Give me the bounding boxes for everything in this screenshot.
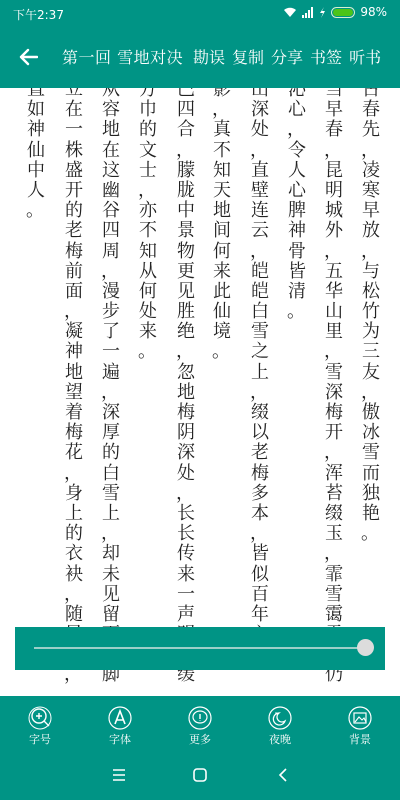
more-label: 更多 [189,731,211,747]
font-face-button[interactable]: 字体 [80,696,160,750]
night-mode-label: 夜晚 [269,731,291,747]
font-size-button[interactable]: 字号 [0,696,80,750]
night-mode-icon [268,706,292,730]
status-time: 下午2:37 [13,6,64,23]
text-column: 立在一株盛开的老梅前面，凝神地望着梅花，身上的衣袂，随风动， [61,88,87,686]
listen-button[interactable]: 听书 [349,45,381,68]
background-button[interactable]: 背景 [320,696,400,750]
progress-slider-thumb[interactable] [357,639,374,656]
background-image-icon [348,706,372,730]
status-icons: 98% [283,5,387,19]
bookmark-button[interactable]: 书签 [310,45,342,68]
more-info-icon [188,706,212,730]
text-column: 巴四合，朦胧中景物更见胜绝，忽地梅阴深处，长长传来一声明，缓 [173,88,199,686]
font-size-label: 字号 [29,731,51,747]
report-error-button[interactable]: 勘误 [193,45,225,68]
text-column: 从容地在这幽谷四周，漫步了一遍，深厚的白雪上，却未见留下何脚 [98,88,124,686]
progress-slider-panel [15,627,385,670]
back-icon[interactable] [276,767,292,783]
signal-icon [302,7,314,18]
wifi-icon [283,6,297,18]
battery-icon [331,7,355,18]
text-column: 沁心，令人心脾神骨皆清。 [284,88,310,322]
system-nav-bar [0,750,400,800]
chapter-title: 第一回 雪地对决 [62,45,183,68]
text-column: 当早春，昆明城外，五华山里，雪深梅开，浑苔缀玉，霏雪霭雪虫仍 [321,88,347,686]
text-column: 古春先，凌寒早放，与松竹为三友，傲冰雪而独艳。 [358,88,384,544]
top-actions: 勘误 复制 分享 书签 听书 [193,45,381,68]
font-face-label: 字体 [109,731,131,747]
arrow-left-icon [18,48,38,66]
font-size-zoom-icon [28,706,52,730]
progress-slider-track[interactable] [34,647,364,649]
bottom-toolbar: 字号 字体 更多 夜晚 背景 [0,696,400,750]
menu-icon[interactable] [111,767,127,783]
background-label: 背景 [349,731,371,747]
font-face-icon [108,706,132,730]
share-button[interactable]: 分享 [271,45,303,68]
reading-area[interactable]: 古春先，凌寒早放，与松竹为三友，傲冰雪而独艳。当早春，昆明城外，五华山里，雪深梅… [0,88,400,696]
more-button[interactable]: 更多 [160,696,240,750]
text-column: 方巾的文士，亦不知从何处来。 [135,88,161,363]
text-column: 直如神仙中人。 [23,88,49,221]
text-column: 影，真不知天地间何来此仙境。 [209,88,235,363]
back-button[interactable] [14,43,42,71]
text-column: 山深处，直壁连云，皑皑白雪之上，缀以老梅多本，皆似百年之虬 [247,88,273,665]
status-bar: 下午2:37 98% [0,0,400,26]
charging-icon [319,7,326,18]
night-mode-button[interactable]: 夜晚 [240,696,320,750]
battery-percent: 98% [360,5,387,19]
copy-button[interactable]: 复制 [232,45,264,68]
home-icon[interactable] [192,767,208,783]
reader-top-bar: 第一回 雪地对决 勘误 复制 分享 书签 听书 [0,26,400,88]
